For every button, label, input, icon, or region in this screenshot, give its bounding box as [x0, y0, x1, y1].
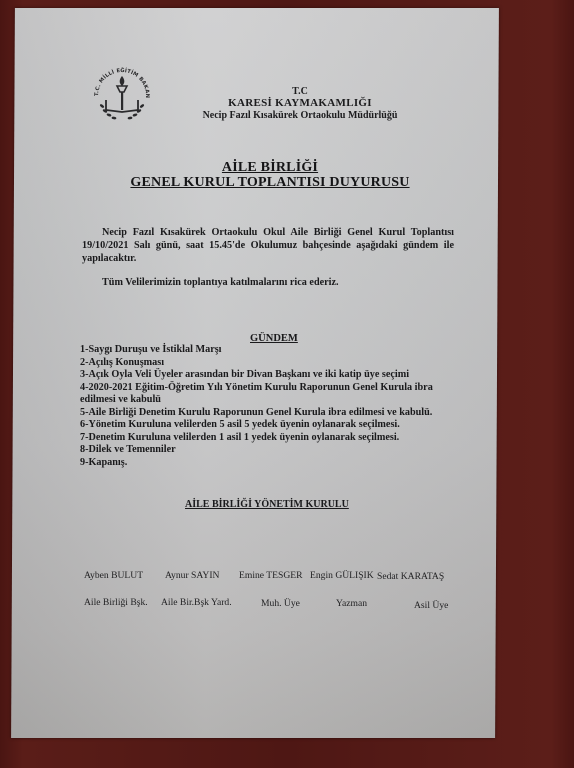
board-heading: AİLE BİRLİĞİ YÖNETİM KURULU [185, 499, 349, 510]
agenda-item: 9-Kapanış. [80, 457, 433, 470]
header-district: KARESİ KAYMAKAMLIĞI [150, 97, 450, 109]
member-role: Yazman [336, 598, 367, 609]
header-school: Necip Fazıl Kısakürek Ortaokulu Müdürlüğ… [150, 110, 450, 121]
member-role: Aile Bir.Bşk Yard. [161, 597, 232, 608]
member-name: Engin GÜLIŞIK [310, 570, 374, 581]
member-name: Aynur SAYIN [165, 570, 219, 581]
title-line2: GENEL KURUL TOPLANTISI DUYURUSU [120, 175, 420, 191]
agenda-item: edilmesi ve kabulü [80, 394, 433, 407]
member-name: Emine TESGER [239, 570, 303, 581]
member-role: Aile Birliği Bşk. [84, 597, 148, 608]
agenda-item: 3-Açık Oyla Veli Üyeler arasından bir Di… [80, 369, 433, 382]
agenda-item: 2-Açılış Konuşması [80, 357, 433, 370]
agenda-heading: GÜNDEM [250, 333, 298, 344]
agenda-item: 7-Denetim Kuruluna velilerden 1 asil 1 y… [80, 432, 433, 445]
agenda-item: 6-Yönetim Kuruluna velilerden 5 asil 5 y… [80, 419, 433, 432]
agenda-item: 8-Dilek ve Temenniler [80, 444, 433, 457]
header-tc: T.C [150, 86, 450, 97]
agenda-list: 1-Saygı Duruşu ve İstiklal Marşı 2-Açılı… [80, 344, 433, 469]
member-name: Ayben BULUT [84, 570, 143, 581]
agenda-item: 1-Saygı Duruşu ve İstiklal Marşı [80, 344, 433, 357]
announcement-paragraph: Necip Fazıl Kısakürek Ortaokulu Okul Ail… [82, 226, 454, 265]
member-role: Muh. Üye [261, 598, 300, 609]
ministry-logo-icon: T.C. MİLLİ EĞİTİM BAKANLIĞI [90, 62, 154, 126]
request-paragraph: Tüm Velilerimizin toplantıya katılmaları… [82, 276, 454, 289]
title-line1: AİLE BİRLİĞİ [120, 160, 420, 176]
member-role: Asil Üye [414, 600, 448, 611]
agenda-item: 4-2020-2021 Eğitim-Öğretim Yılı Yönetim … [80, 382, 433, 395]
agenda-item: 5-Aile Birliği Denetim Kurulu Raporunun … [80, 407, 433, 420]
member-name: Sedat KARATAŞ [377, 571, 444, 582]
